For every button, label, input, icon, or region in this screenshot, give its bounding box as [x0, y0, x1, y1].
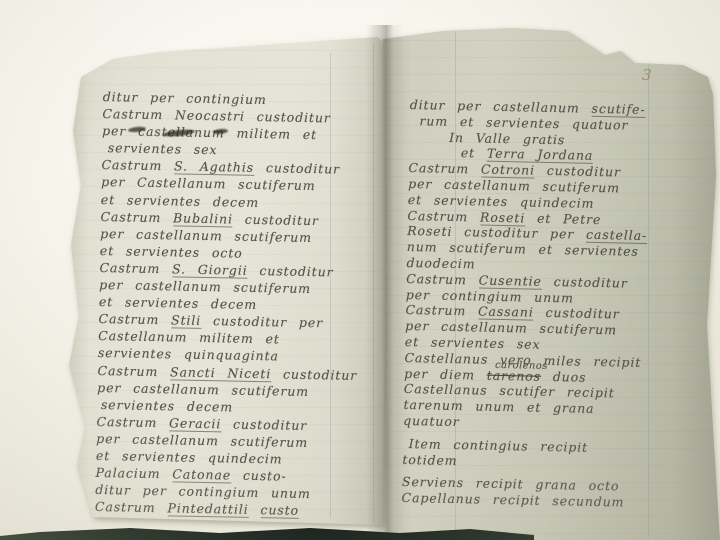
left-page-text: ditur per contingiumCastrum Neocastri cu… — [95, 88, 375, 520]
inserted-correction: carolenos — [495, 357, 548, 374]
right-page-text: ditur per castellanum scutife-rum et ser… — [401, 97, 692, 512]
page-number: 3 — [642, 66, 652, 84]
photo-of-manuscript: ditur per contingiumCastrum Neocastri cu… — [0, 0, 720, 540]
